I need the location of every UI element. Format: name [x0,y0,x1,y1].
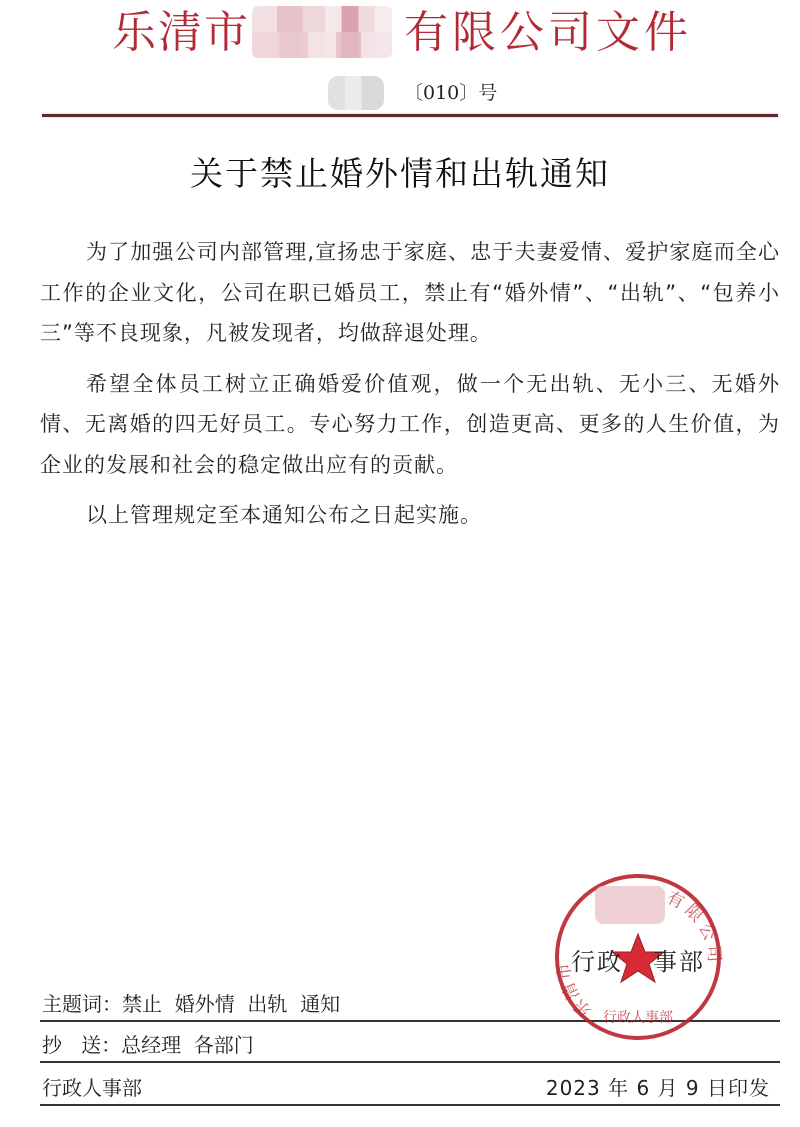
issuer: 行政人事部 [42,1074,142,1102]
header-divider [42,114,778,117]
seal-bottom-text: 行政人事部 [603,1009,673,1026]
body-paragraph-2: 希望全体员工树立正确婚爱价值观，做一个无出轨、无小三、无婚外情、无离婚的四无好员… [40,364,780,486]
letterhead-suffix: 有限公司文件 [404,6,692,60]
cc-recipients: 抄 送：总经理 各部门 [42,1031,254,1059]
seal-center-left: 行政 [571,948,623,976]
official-seal: 乐清市 有限公司 行政人事部 行政事部 [553,872,723,1042]
letterhead-city: 乐清市 [112,6,250,60]
document-body: 为了加强公司内部管理,宣扬忠于家庭、忠于夫妻爱情、爱护家庭而全心工作的企业文化，… [40,232,780,546]
document-number: 〔010〕号 [404,80,497,106]
body-paragraph-3: 以上管理规定至本通知公布之日起实施。 [40,495,780,536]
issue-date: 2023 年 6 月 9 日印发 [546,1074,770,1102]
letterhead: 乐清市 有限公司文件 [0,0,800,70]
body-paragraph-1: 为了加强公司内部管理,宣扬忠于家庭、忠于夫妻爱情、爱护家庭而全心工作的企业文化，… [40,232,780,354]
seal-center-right: 事部 [653,948,705,976]
subject-keywords: 主题词：禁止 婚外情 出轨 通知 [42,990,340,1018]
document-title: 关于禁止婚外情和出轨通知 [0,152,800,196]
issuer-row: 行政人事部 2023 年 6 月 9 日印发 [40,1068,780,1106]
redacted-seal-name [595,886,665,924]
redacted-company-name [252,6,392,58]
seal-overlay-text: 行政事部 [571,942,705,977]
redacted-doc-prefix [328,76,384,110]
